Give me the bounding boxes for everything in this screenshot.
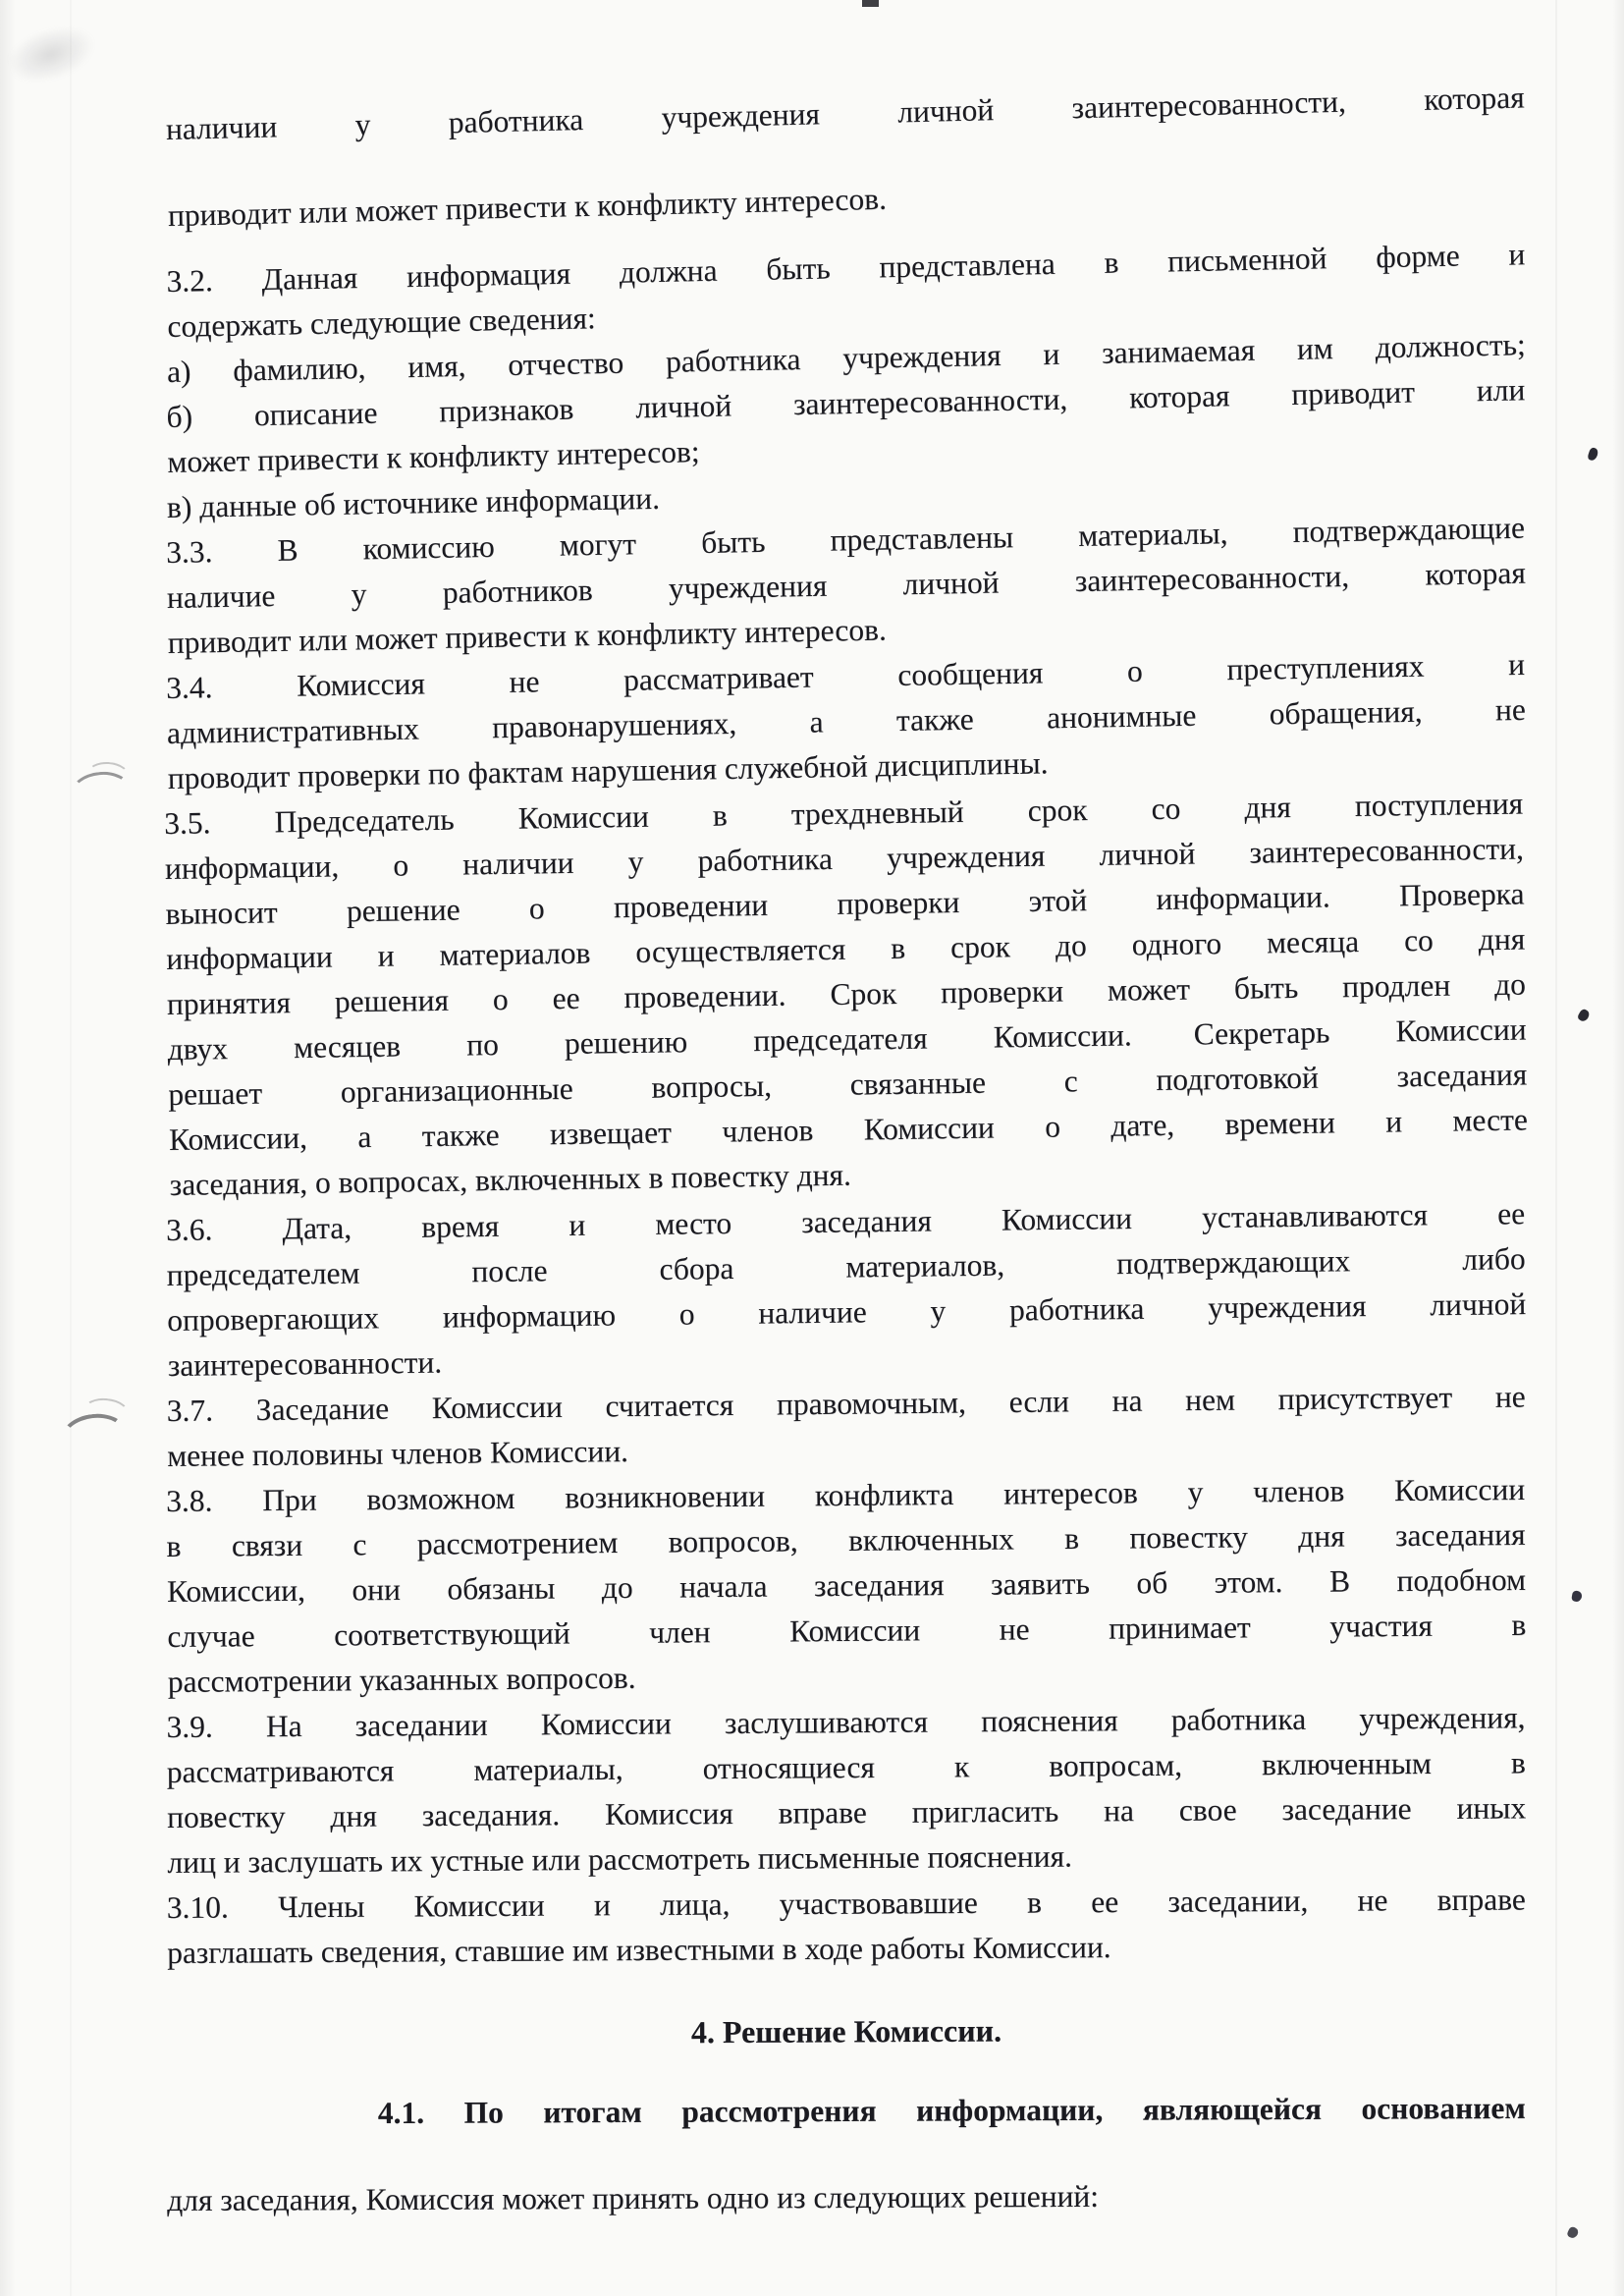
closing-line-2: для заседания, Комиссия может принять од… xyxy=(167,2172,1526,2223)
closing-line-1: 4.1. По итогам рассмотрения информации, … xyxy=(167,2086,1526,2137)
paragraph-3-4: 3.4. Комиссия не рассматривает сообщения… xyxy=(166,642,1527,801)
document-text: наличии у работника учреждения личной за… xyxy=(167,86,1526,2223)
ink-dot xyxy=(1571,1590,1583,1603)
ink-dot xyxy=(1587,447,1599,462)
scan-tick-mark xyxy=(862,0,879,7)
section-heading: 4. Решение Комиссии. xyxy=(167,2004,1526,2058)
text-line: повестку дня заседания. Комиссия вправе … xyxy=(167,1785,1526,1840)
text-line: лиц и заслушать их устные или рассмотрет… xyxy=(167,1831,1526,1886)
text-line: разглашать сведения, ставшие им известны… xyxy=(167,1923,1526,1976)
paragraph-3-6: 3.6. Дата, время и место заседания Комис… xyxy=(166,1191,1527,1389)
paragraph-continuation: наличии у работника учреждения личной за… xyxy=(165,54,1528,259)
smudge-mark xyxy=(4,13,107,93)
paragraph-3-3: 3.3. В комиссию могут быть представлены … xyxy=(166,506,1527,666)
paragraph-3-10: 3.10. Члены Комиссии и лица, участвовавш… xyxy=(167,1878,1527,1976)
paragraph-4-1: 4.1. По итогам рассмотрения информации, … xyxy=(167,2086,1527,2223)
hole-punch-mark xyxy=(81,1396,132,1431)
paper-crease-line xyxy=(70,0,72,2296)
paragraph-3-9: 3.9. На заседании Комиссии заслушиваются… xyxy=(166,1695,1526,1886)
ink-dot xyxy=(1577,1008,1592,1022)
paragraph-3-8: 3.8. При возможном возникновении конфлик… xyxy=(166,1467,1527,1705)
hole-punch-mark xyxy=(85,760,131,791)
ink-dot xyxy=(1566,2225,1580,2239)
scanned-document-page: наличии у работника учреждения личной за… xyxy=(0,0,1624,2296)
text-line: 3.10. Члены Комиссии и лица, участвовавш… xyxy=(167,1878,1526,1931)
hole-punch-mark xyxy=(69,769,133,815)
paragraph-3-5: 3.5. Председатель Комиссии в трехдневный… xyxy=(164,781,1529,1207)
hole-punch-mark xyxy=(58,1410,130,1463)
paragraph-3-7: 3.7. Заседание Комиссии считается правом… xyxy=(167,1375,1527,1479)
fold-line xyxy=(1555,0,1557,2296)
